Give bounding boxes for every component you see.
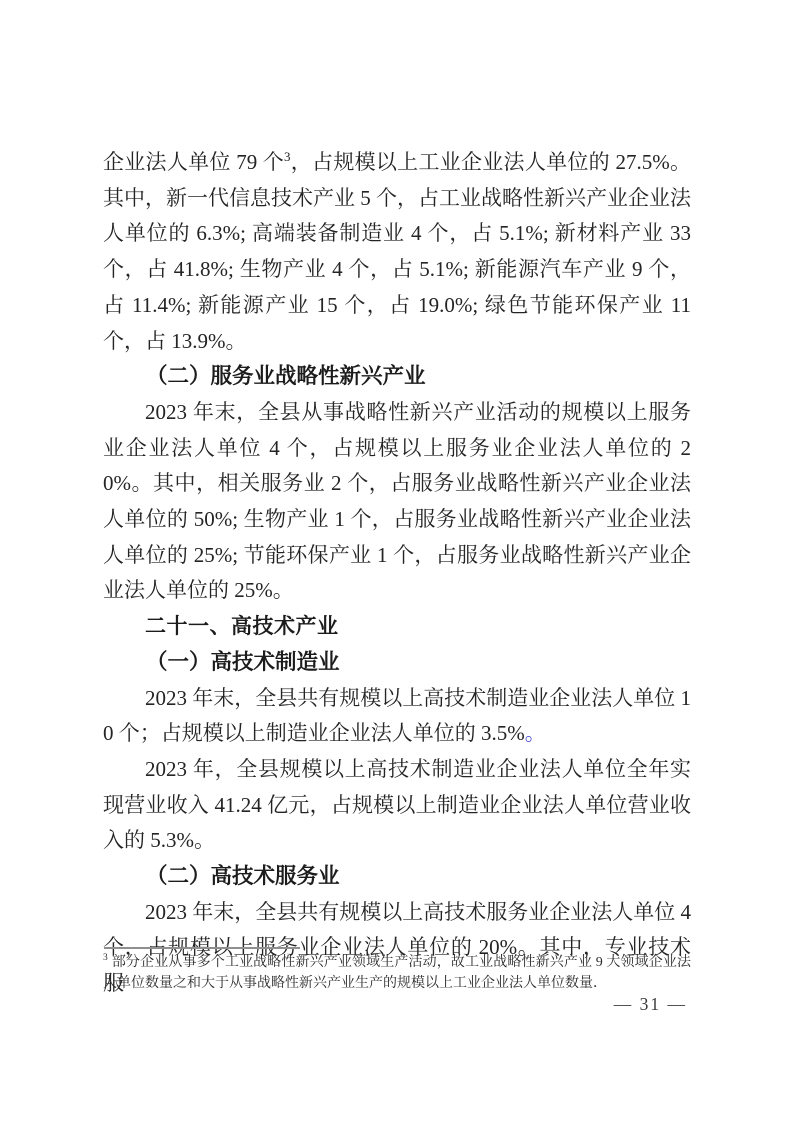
footnote-marker-3: 3 [103, 953, 108, 963]
paragraph-text: 2023 年末，全县共有规模以上高技术制造业企业法人单位 10 个；占规模以上制… [103, 686, 691, 746]
footnote-separator-line [104, 947, 300, 949]
footnote: 3部分企业从事多个工业战略性新兴产业领域生产活动，故工业战略性新兴产业 9 大领… [103, 953, 691, 994]
blue-period-mark: 。 [525, 721, 546, 745]
paragraph-hitech-manufacturing-revenue: 2023 年，全县规模以上高技术制造业企业法人单位全年实现营业收入 41.24 … [103, 752, 691, 859]
heading-services-strategic-industries: （二）服务业战略性新兴产业 [103, 359, 691, 395]
paragraph-industry-continued: 企业法人单位 79 个3，占规模以上工业企业法人单位的 27.5%。其中，新一代… [103, 145, 691, 359]
footnote-text: 部分企业从事多个工业战略性新兴产业领域生产活动，故工业战略性新兴产业 9 大领域… [103, 955, 691, 991]
paragraph-hitech-manufacturing-count: 2023 年末，全县共有规模以上高技术制造业企业法人单位 10 个；占规模以上制… [103, 681, 691, 752]
document-body: 企业法人单位 79 个3，占规模以上工业企业法人单位的 27.5%。其中，新一代… [103, 145, 691, 1002]
paragraph-text: 企业法人单位 79 个 [103, 150, 284, 174]
document-page: 企业法人单位 79 个3，占规模以上工业企业法人单位的 27.5%。其中，新一代… [0, 0, 793, 1122]
paragraph-text: ，占规模以上工业企业法人单位的 27.5%。其中，新一代信息技术产业 5 个，占… [103, 150, 691, 353]
paragraph-services-strategic: 2023 年末，全县从事战略性新兴产业活动的规模以上服务业企业法人单位 4 个，… [103, 395, 691, 609]
heading-hitech-services: （二）高技术服务业 [103, 859, 691, 895]
page-number: — 31 — [614, 994, 687, 1014]
heading-hitech-manufacturing: （一）高技术制造业 [103, 645, 691, 681]
heading-section-21-hitech-industry: 二十一、高技术产业 [103, 609, 691, 645]
